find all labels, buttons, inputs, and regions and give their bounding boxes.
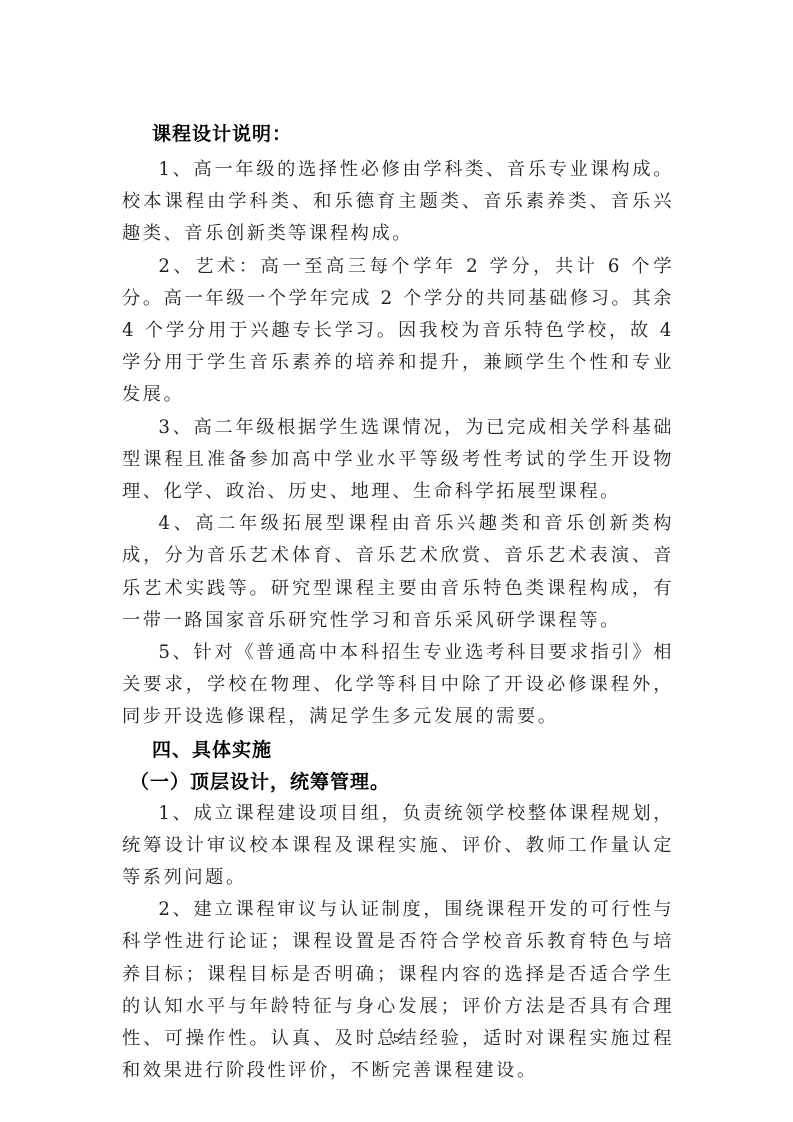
paragraph-5: 5、针对《普通高中本科招生专业选考科目要求指引》相关要求，学校在物理、化学等科目…	[122, 637, 674, 734]
page-number: 5	[0, 1031, 793, 1045]
paragraph-2: 2、艺术：高一至高三每个学年 2 学分，共计 6 个学分。高一年级一个学年完成 …	[122, 251, 674, 412]
paragraph-3: 3、高二年级根据学生选课情况，为已完成相关学科基础型课程且准备参加高中学业水平等…	[122, 412, 674, 509]
section-heading-implementation: 四、具体实施	[122, 734, 674, 766]
implementation-paragraph-2: 2、建立课程审议与认证制度，围绕课程开发的可行性与科学性进行论证；课程设置是否符…	[122, 894, 674, 1087]
paragraph-4: 4、高二年级拓展型课程由音乐兴趣类和音乐创新类构成，分为音乐艺术体育、音乐艺术欣…	[122, 508, 674, 637]
document-page: 课程设计说明： 1、高一年级的选择性必修由学科类、音乐专业课构成。校本课程由学科…	[122, 118, 674, 1087]
paragraph-1: 1、高一年级的选择性必修由学科类、音乐专业课构成。校本课程由学科类、和乐德育主题…	[122, 154, 674, 251]
course-design-heading: 课程设计说明：	[122, 118, 674, 150]
implementation-paragraph-1: 1、成立课程建设项目组，负责统领学校整体课程规划，统筹设计审议校本课程及课程实施…	[122, 798, 674, 895]
sub-heading-top-level-design: （一）顶层设计，统筹管理。	[122, 766, 674, 798]
